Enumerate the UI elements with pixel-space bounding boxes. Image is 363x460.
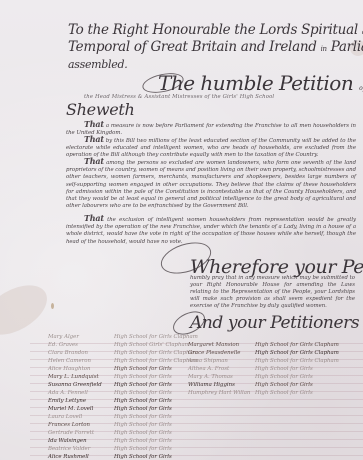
signature-name: Ada A. Fennell (48, 389, 116, 397)
prayer-text: humbly pray that in any measure which ma… (190, 275, 355, 310)
paragraph-text: among the persons so excluded are women … (66, 160, 356, 209)
paragraph-lead: That (84, 119, 104, 129)
signature-name: Susanna Greenfield (48, 381, 116, 389)
signature-name: Beatrice Valder (48, 445, 116, 453)
address-text: To the Right Honourable the Lords Spirit… (68, 22, 358, 38)
paragraph-text: a measure is now before Parliament for e… (66, 123, 356, 136)
signature-school: High School for Girls Clapham (114, 357, 184, 365)
signatures-right-names: Margaret Mansion Grace Pleasdenelle Anna… (188, 341, 256, 397)
paragraph-text: by this Bill two millions of the least e… (66, 138, 356, 158)
signature-school: High School for Girls (114, 413, 184, 421)
signature-school: High School for Girls Clapham (255, 349, 355, 357)
signature-school: High School for Girls (114, 381, 184, 389)
address-line-3: assembled. (68, 56, 127, 73)
signature-school: High School for Girls (114, 445, 184, 453)
title-text: The humble Petition (158, 71, 353, 95)
signature-name: Humphrey Hart Willan (188, 389, 256, 397)
signature-school: High School for Girls (114, 429, 184, 437)
signature-name: Grace Pleasdenelle (188, 349, 256, 357)
signatures-left-schools: High School for Girls Clapham High Schoo… (114, 333, 184, 460)
address-tail: Parliament (331, 39, 363, 55)
signature-school: High School for Girls (114, 421, 184, 429)
signature-name: Muriel M. Lovell (48, 405, 116, 413)
signature-name: Alice Haughton (48, 365, 116, 373)
signature-name: Emily Lettyne (48, 397, 116, 405)
address-text: Temporal of Great Britain and Ireland (68, 39, 317, 55)
signature-school: High School for Girls (255, 373, 355, 381)
signature-name: Helen Cameron (48, 357, 116, 365)
paragraph-4: That the exclusion of intelligent women … (66, 215, 356, 246)
sheweth-heading: Sheweth (66, 100, 135, 119)
paragraph-3: That among the persons so excluded are w… (66, 158, 356, 210)
closing-heading: And your Petitioners will ever pray &c. (190, 313, 363, 333)
signature-name: Althea A. Frost (188, 365, 256, 373)
paragraph-text: the exclusion of intelligent women house… (66, 217, 356, 245)
signature-name: Laura Lovell (48, 413, 116, 421)
signature-school: High School for Girls (114, 453, 184, 460)
signature-name: Mary L. Lundquist (48, 373, 116, 381)
signatures-left-names: Mary Alger Ed. Graves Clara Brandon Hele… (48, 333, 116, 460)
paragraph-1: That a measure is now before Parliament … (66, 121, 356, 137)
signature-school: High School for Girls (114, 373, 184, 381)
signature-name: Ed. Graves (48, 341, 116, 349)
paper-stain (51, 303, 54, 309)
signature-school: High School for Girls (114, 405, 184, 413)
signatures-right-schools: High School for Girls Clapham High Schoo… (255, 341, 355, 397)
signature-name: Clara Brandon (48, 349, 116, 357)
closing-text: And your Petitioners (190, 313, 359, 333)
signature-name: Mary A. Thomas (188, 373, 256, 381)
signature-school: High School for Girls (114, 389, 184, 397)
signature-school: High School for Girls (255, 381, 355, 389)
address-mid: in (321, 45, 327, 53)
paragraph-lead: That (84, 134, 104, 144)
signature-name: Mary Alger (48, 333, 116, 341)
signature-school: High School for Girls (114, 437, 184, 445)
signature-school: High School for Girls Clapham (114, 349, 184, 357)
paragraph-2: That by this Bill two millions of the le… (66, 136, 356, 160)
signature-school: High School Girls' Clapham (114, 341, 184, 349)
signature-name: Margaret Mansion (188, 341, 256, 349)
signature-school: High School for Girls (114, 365, 184, 373)
paragraph-lead: That (84, 213, 104, 223)
title-tail: of the undersigned (359, 85, 363, 92)
signature-name: Alice Rushmell (48, 453, 116, 460)
signature-school: High School for Girls Clapham (255, 357, 355, 365)
signature-school: High School for Girls Clapham (114, 333, 184, 341)
signature-name: Anna Shipman (188, 357, 256, 365)
signature-name: Williama Higgins (188, 381, 256, 389)
signature-school: High School for Girls (255, 389, 355, 397)
signature-school: High School for Girls (114, 397, 184, 405)
address-text: assembled. (68, 58, 127, 71)
paragraph-lead: That (84, 156, 104, 166)
signature-name: Frances Lorton (48, 421, 116, 429)
signature-school: High School for Girls (255, 365, 355, 373)
petition-title: The humble Petition of the undersigned (158, 71, 363, 95)
signature-school: High School for Girls Clapham (255, 341, 355, 349)
signature-name: Gertrude Forrett (48, 429, 116, 437)
signature-name: Ida Walsingen (48, 437, 116, 445)
